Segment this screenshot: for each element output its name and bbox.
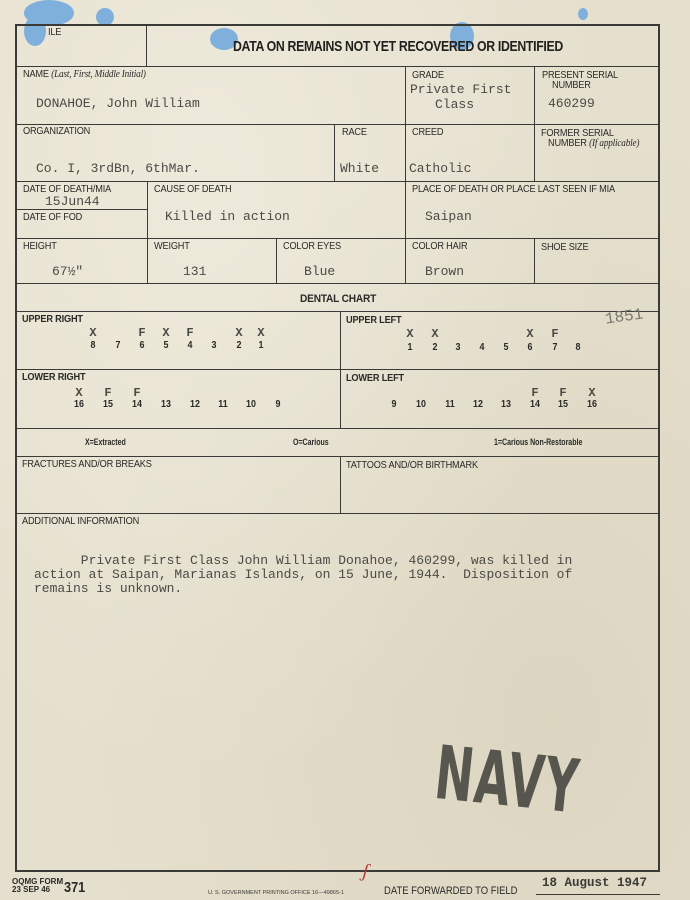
divider <box>15 283 660 284</box>
present-serial-label-2: NUMBER <box>552 80 591 91</box>
tooth-number: 7 <box>549 341 561 353</box>
divider <box>15 311 660 312</box>
weight-value: 131 <box>183 264 206 279</box>
grade-value-line2: Class <box>435 97 474 112</box>
tooth-number: 8 <box>87 339 99 351</box>
place-of-death-value: Saipan <box>425 209 472 224</box>
date-forwarded-label: DATE FORWARDED TO FIELD <box>384 885 518 897</box>
organization-value: Co. I, 3rdBn, 6thMar. <box>36 161 200 176</box>
cause-of-death-value: Killed in action <box>165 209 290 224</box>
tooth-number: 10 <box>245 398 257 410</box>
divider <box>405 66 406 124</box>
place-of-death-label: PLACE OF DEATH OR PLACE LAST SEEN IF MIA <box>412 184 615 195</box>
form-title: DATA ON REMAINS NOT YET RECOVERED OR IDE… <box>233 38 563 55</box>
height-label: HEIGHT <box>23 241 57 252</box>
tooth-number: 4 <box>476 341 488 353</box>
tooth-number: 8 <box>572 341 584 353</box>
divider <box>147 181 148 238</box>
legend-non-restorable: 1=Carious Non-Restorable <box>494 437 582 447</box>
date-forwarded-value: 18 August 1947 <box>542 876 647 890</box>
divider <box>15 456 660 457</box>
tooth-number: 6 <box>524 341 536 353</box>
printing-office: U. S. GOVERNMENT PRINTING OFFICE 16—4986… <box>208 890 344 896</box>
divider <box>15 369 660 370</box>
divider <box>534 238 535 283</box>
tooth-number: 14 <box>529 398 541 410</box>
name-value: DONAHOE, John William <box>36 96 200 111</box>
tooth-number: 16 <box>73 398 85 410</box>
height-value: 67½" <box>52 264 83 279</box>
document-page: ILE DATA ON REMAINS NOT YET RECOVERED OR… <box>0 0 690 900</box>
tooth-mark: X <box>254 326 268 340</box>
tooth-number: 5 <box>500 341 512 353</box>
divider <box>15 124 660 125</box>
tooth-number: 6 <box>136 339 148 351</box>
dental-chart-heading: DENTAL CHART <box>300 293 376 305</box>
divider <box>147 238 148 283</box>
divider <box>146 24 147 66</box>
cause-of-death-label: CAUSE OF DEATH <box>154 184 232 195</box>
color-eyes-label: COLOR EYES <box>283 241 341 252</box>
date-forwarded-line <box>536 894 660 895</box>
tattoos-label: TATTOOS AND/OR BIRTHMARK <box>346 460 478 471</box>
divider <box>405 181 406 238</box>
additional-information-text: Private First Class John William Donahoe… <box>34 554 644 596</box>
divider <box>15 66 660 67</box>
form-number: 371 <box>64 879 85 896</box>
divider <box>405 238 406 283</box>
divider <box>15 181 660 182</box>
creed-label: CREED <box>412 127 443 138</box>
tooth-mark: X <box>159 326 173 340</box>
divider <box>15 428 660 429</box>
shoe-size-label: SHOE SIZE <box>541 242 588 253</box>
form-id: OQMG FORM23 SEP 46 <box>12 878 63 894</box>
tooth-mark: F <box>183 326 197 340</box>
tooth-number: 15 <box>557 398 569 410</box>
divider <box>334 124 335 181</box>
tooth-mark: X <box>403 327 417 341</box>
tooth-mark: F <box>135 326 149 340</box>
race-label: RACE <box>342 127 367 138</box>
divider <box>340 456 341 513</box>
tooth-number: 14 <box>131 398 143 410</box>
tooth-number: 9 <box>388 398 400 410</box>
tooth-number: 7 <box>112 339 124 351</box>
date-of-fod-label: DATE OF FOD <box>23 212 82 223</box>
former-serial-label-2: NUMBER (If applicable) <box>548 138 639 149</box>
date-of-death-value: 15Jun44 <box>45 194 100 209</box>
color-eyes-value: Blue <box>304 264 335 279</box>
tooth-number: 10 <box>415 398 427 410</box>
tooth-number: 5 <box>160 339 172 351</box>
tooth-number: 3 <box>208 339 220 351</box>
divider <box>15 209 148 210</box>
grade-label: GRADE <box>412 70 444 81</box>
tooth-number: 16 <box>586 398 598 410</box>
tooth-number: 2 <box>429 341 441 353</box>
additional-information-label: ADDITIONAL INFORMATION <box>22 516 139 527</box>
divider <box>405 124 406 181</box>
stain <box>578 8 588 20</box>
tooth-mark: X <box>428 327 442 341</box>
tooth-number: 4 <box>184 339 196 351</box>
legend-carious: O=Carious <box>293 437 329 447</box>
organization-label: ORGANIZATION <box>23 126 90 137</box>
fractures-label: FRACTURES AND/OR BREAKS <box>22 459 152 470</box>
tooth-mark: X <box>86 326 100 340</box>
present-serial-value: 460299 <box>548 96 595 111</box>
divider <box>534 124 535 181</box>
creed-value: Catholic <box>409 161 471 176</box>
tooth-mark: X <box>232 326 246 340</box>
tooth-number: 9 <box>272 398 284 410</box>
lower-right-label: LOWER RIGHT <box>22 372 85 383</box>
tooth-number: 1 <box>255 339 267 351</box>
tooth-number: 2 <box>233 339 245 351</box>
tooth-number: 13 <box>500 398 512 410</box>
tooth-number: 3 <box>452 341 464 353</box>
grade-value-line1: Private First <box>410 82 511 97</box>
tooth-number: 11 <box>217 398 229 410</box>
divider <box>15 238 660 239</box>
lower-left-label: LOWER LEFT <box>346 373 404 384</box>
tooth-number: 12 <box>472 398 484 410</box>
tooth-number: 1 <box>404 341 416 353</box>
divider <box>15 513 660 514</box>
navy-stamp: NAVY <box>431 730 584 831</box>
divider <box>276 238 277 283</box>
upper-right-label: UPPER RIGHT <box>22 314 83 325</box>
name-label: NAME (Last, First, Middle Initial) <box>23 69 146 80</box>
weight-label: WEIGHT <box>154 241 190 252</box>
color-hair-value: Brown <box>425 264 464 279</box>
tooth-mark: F <box>548 327 562 341</box>
upper-left-label: UPPER LEFT <box>346 315 401 326</box>
divider <box>534 66 535 124</box>
tooth-number: 11 <box>444 398 456 410</box>
tooth-number: 15 <box>102 398 114 410</box>
tooth-mark: X <box>523 327 537 341</box>
tooth-number: 13 <box>160 398 172 410</box>
tooth-number: 12 <box>189 398 201 410</box>
legend-extracted: X=Extracted <box>85 437 126 447</box>
file-label: ILE <box>48 27 61 38</box>
color-hair-label: COLOR HAIR <box>412 241 467 252</box>
race-value: White <box>340 161 379 176</box>
